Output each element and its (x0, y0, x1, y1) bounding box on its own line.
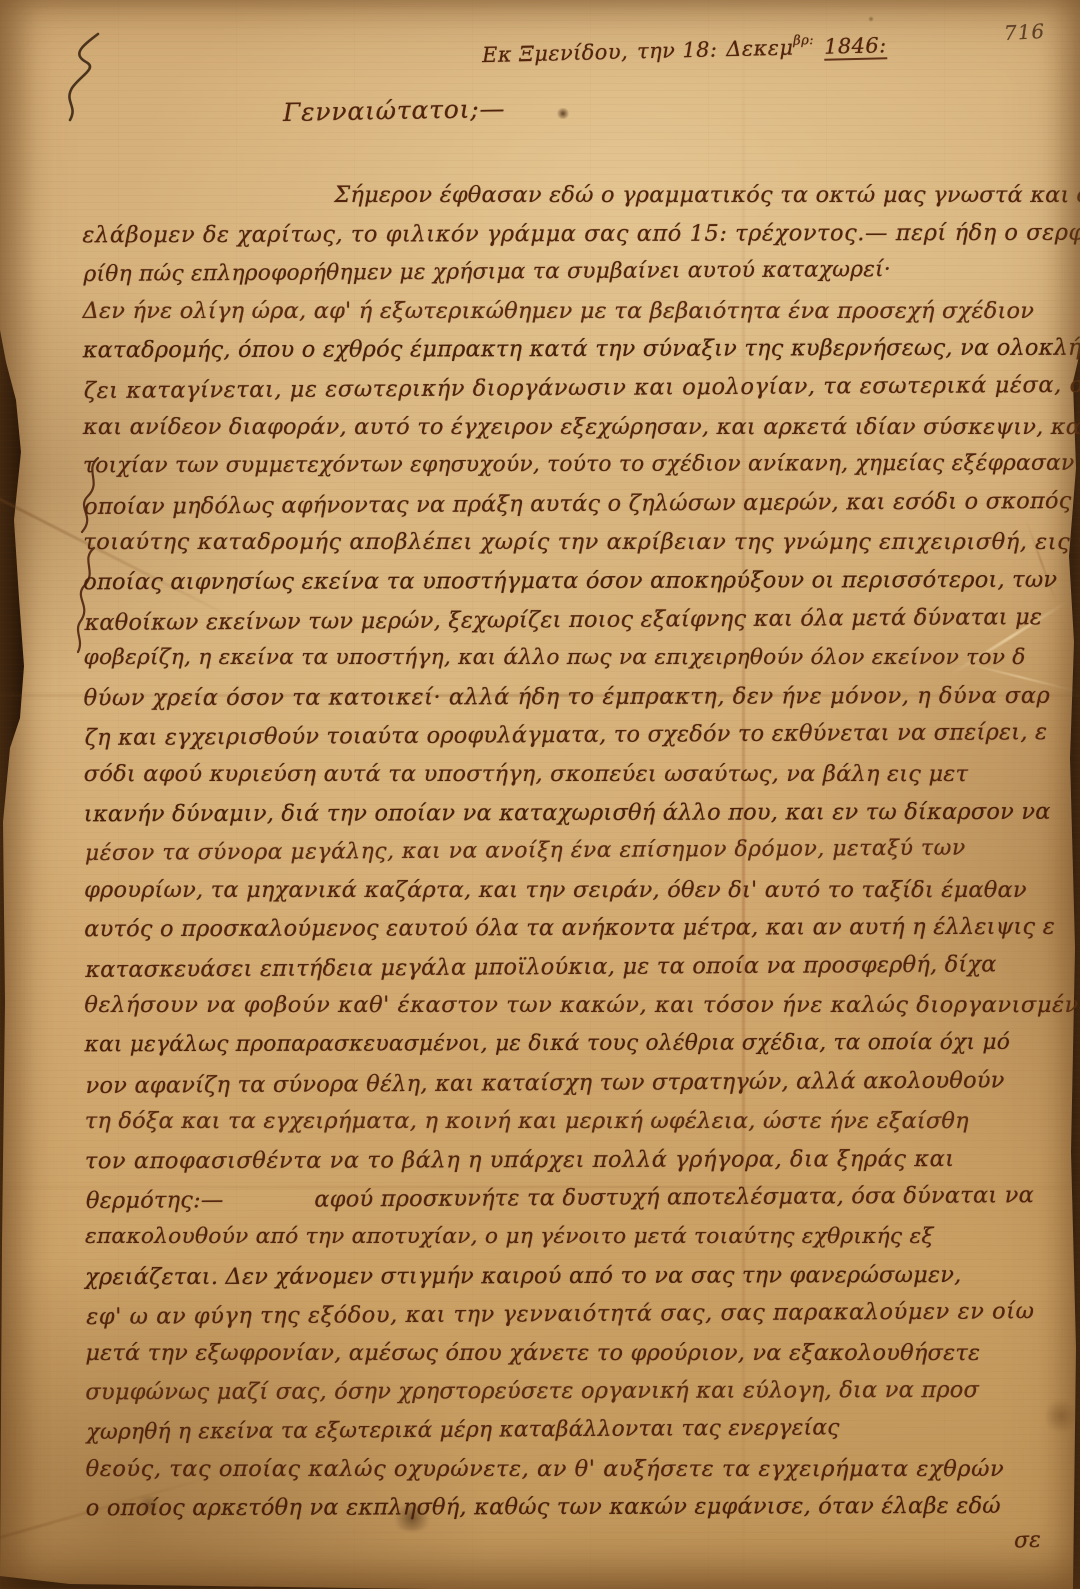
handwriting-line: τη δόξα και τα εγχειρήματα, η κοινή και … (85, 1102, 1063, 1141)
dateline-year: 1846: (824, 33, 887, 61)
handwriting-line: ελάβομεν δε χαρίτως, το φιλικόν γράμμα σ… (82, 213, 1060, 254)
handwriting-line: θύων χρεία όσον τα κατοικεί· αλλά ήδη το… (84, 676, 1062, 717)
handwriting-line: χρειάζεται. Δεν χάνομεν στιγμήν καιρού α… (85, 1255, 1063, 1296)
handwriting-line: μέσον τα σύνορα μεγάλης, και να ανοίξη έ… (85, 829, 1063, 874)
handwriting-line: ζη και εγχειρισθούν τοιαύτα οροφυλάγματα… (85, 713, 1063, 758)
dateline-month-superscript: βρ: (793, 33, 814, 49)
handwriting-line: και μεγάλως προπαρασκευασμένοι, με δικά … (84, 1024, 1062, 1065)
handwriting-line: θελήσουν να φοβούν καθ' έκαστον των κακώ… (84, 986, 1062, 1025)
handwriting-line: ικανήν δύναμιν, διά την οποίαν να καταχω… (84, 792, 1062, 833)
handwriting-line: ζει καταγίνεται, με εσωτερικήν διοργάνωσ… (84, 366, 1062, 411)
folio-number: 716 (1003, 19, 1045, 45)
handwriting-line: εφ' ω αν φύγη της εξόδου, και την γενναι… (86, 1292, 1064, 1337)
handwriting-line: τον αποφασισθέντα να το βάλη η υπάρχει π… (85, 1140, 1063, 1181)
handwriting-line: τοιαύτης καταδρομής αποβλέπει χωρίς την … (83, 523, 1061, 562)
dateline-place: Εκ Ξμενίδου, (482, 40, 629, 68)
manuscript-letter-photo: 716 Εκ Ξμενίδου,την 18:Δεκεμβρ:1846: Γεν… (0, 0, 1080, 1589)
handwriting-line: τοιχίαν των συμμετεχόντων εφησυχούν, τού… (83, 445, 1061, 486)
handwriting-line: και ανίδεον διαφοράν, αυτό το έγχειρον ε… (83, 407, 1061, 446)
handwriting-line: καθοίκων εκείνων των μερών, ξεχωρίζει πο… (84, 598, 1062, 643)
handwriting-line: φοβερίζη, η εκείνα τα υποστήγη, και άλλο… (83, 639, 1061, 678)
catchword: σε (1014, 1528, 1042, 1554)
handwriting-line: οποίαν μηδόλως αφήνοντας να πράξη αυτάς … (84, 482, 1062, 527)
handwriting-line: οποίας αιφνησίως εκείνα τα υποστήγματα ό… (83, 561, 1061, 602)
handwriting-line: αυτός ο προσκαλούμενος εαυτού όλα τα ανή… (84, 908, 1062, 949)
handwriting-line: σόδι αφού κυριεύση αυτά τα υποστήγη, σκο… (84, 755, 1062, 794)
handwriting-line: συμφώνως μαζί σας, όσην χρηστορεύσετε ορ… (85, 1371, 1063, 1412)
handwriting-line: φρουρίων, τα μηχανικά καζάρτα, και την σ… (84, 871, 1062, 910)
handwriting-line: νον αφανίζη τα σύνορα θέλη, και καταίσχη… (85, 1061, 1063, 1106)
pen-flourish-mark (52, 28, 110, 128)
handwriting-line: θεούς, τας οποίας καλώς οχυρώνετε, αν θ'… (86, 1450, 1064, 1489)
handwriting-line: θερμότης:— αφού προσκυνήτε τα δυστυχή απ… (86, 1176, 1064, 1221)
dateline-month: Δεκεμ (726, 36, 794, 62)
handwriting-line: επακολουθούν από την αποτυχίαν, ο μη γέν… (85, 1218, 1063, 1257)
handwriting-line: Δεν ήνε ολίγη ώρα, αφ' ή εξωτερικώθημεν … (83, 292, 1061, 331)
salutation: Γενναιώτατοι;— (283, 94, 506, 127)
dateline-day: την 18: (637, 37, 718, 63)
handwriting-line: ο οποίος αρκετόθη να εκπλησθή, καθώς των… (86, 1487, 1064, 1528)
handwriting-line: χωρηθή η εκείνα τα εξωτερικά μέρη καταβά… (86, 1408, 1064, 1453)
handwriting-line: Σήμερον έφθασαν εδώ ο γραμματικός τα οκτ… (82, 176, 1060, 215)
handwriting-line: καταδρομής, όπου ο εχθρός έμπρακτη κατά … (83, 329, 1061, 370)
handwriting-line: ρίθη πώς επληροφορήθημεν με χρήσιμα τα σ… (83, 250, 1061, 295)
handwriting-line: μετά την εξωφρονίαν, αμέσως όπου χάνετε … (85, 1334, 1063, 1373)
handwriting-line: κατασκευάσει επιτήδεια μεγάλα μποϊλούκια… (85, 945, 1063, 990)
letter-body: Σήμερον έφθασαν εδώ ο γραμματικός τα οκτ… (82, 175, 1064, 1528)
